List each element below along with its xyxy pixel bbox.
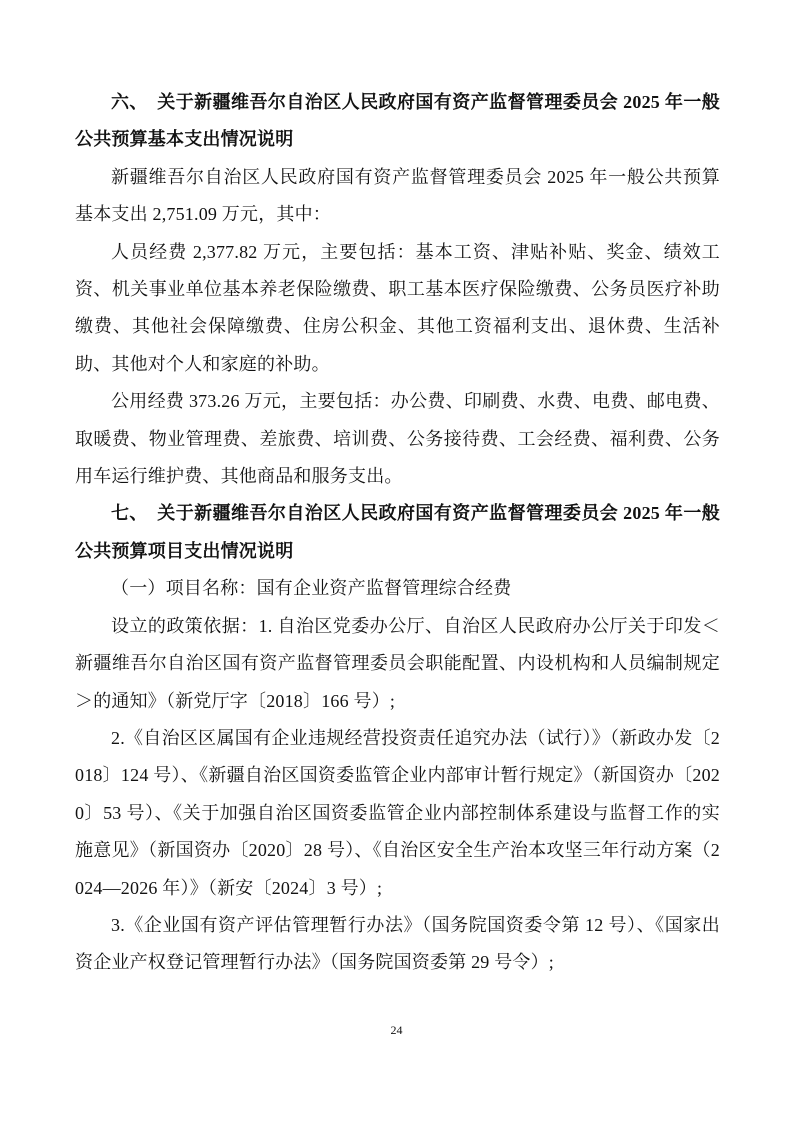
para-basic-expenditure-total: 新疆维吾尔自治区人民政府国有资产监督管理委员会 2025 年一般公共预算基本支出…: [75, 159, 720, 234]
section-heading-basic-expenditure: 六、 关于新疆维吾尔自治区人民政府国有资产监督管理委员会 2025 年一般公共预…: [75, 84, 720, 159]
para-policy-basis-2: 2.《自治区区属国有企业违规经营投资责任追究办法（试行）》（新政办发〔2018〕…: [75, 720, 720, 907]
para-project-name: （一）项目名称：国有企业资产监督管理综合经费: [75, 570, 720, 607]
para-policy-basis-1: 设立的政策依据：1. 自治区党委办公厅、自治区人民政府办公厅关于印发＜新疆维吾尔…: [75, 608, 720, 720]
para-public-funds: 公用经费 373.26 万元，主要包括：办公费、印刷费、水费、电费、邮电费、取暖…: [75, 383, 720, 495]
para-personnel-funds: 人员经费 2,377.82 万元，主要包括：基本工资、津贴补贴、奖金、绩效工资、…: [75, 234, 720, 384]
document-body: 六、 关于新疆维吾尔自治区人民政府国有资产监督管理委员会 2025 年一般公共预…: [75, 84, 720, 982]
document-page: 六、 关于新疆维吾尔自治区人民政府国有资产监督管理委员会 2025 年一般公共预…: [0, 0, 793, 1122]
para-policy-basis-3: 3.《企业国有资产评估管理暂行办法》（国务院国资委令第 12 号）、《国家出资企…: [75, 907, 720, 982]
section-heading-project-expenditure: 七、 关于新疆维吾尔自治区人民政府国有资产监督管理委员会 2025 年一般公共预…: [75, 495, 720, 570]
page-number: 24: [0, 1022, 793, 1038]
